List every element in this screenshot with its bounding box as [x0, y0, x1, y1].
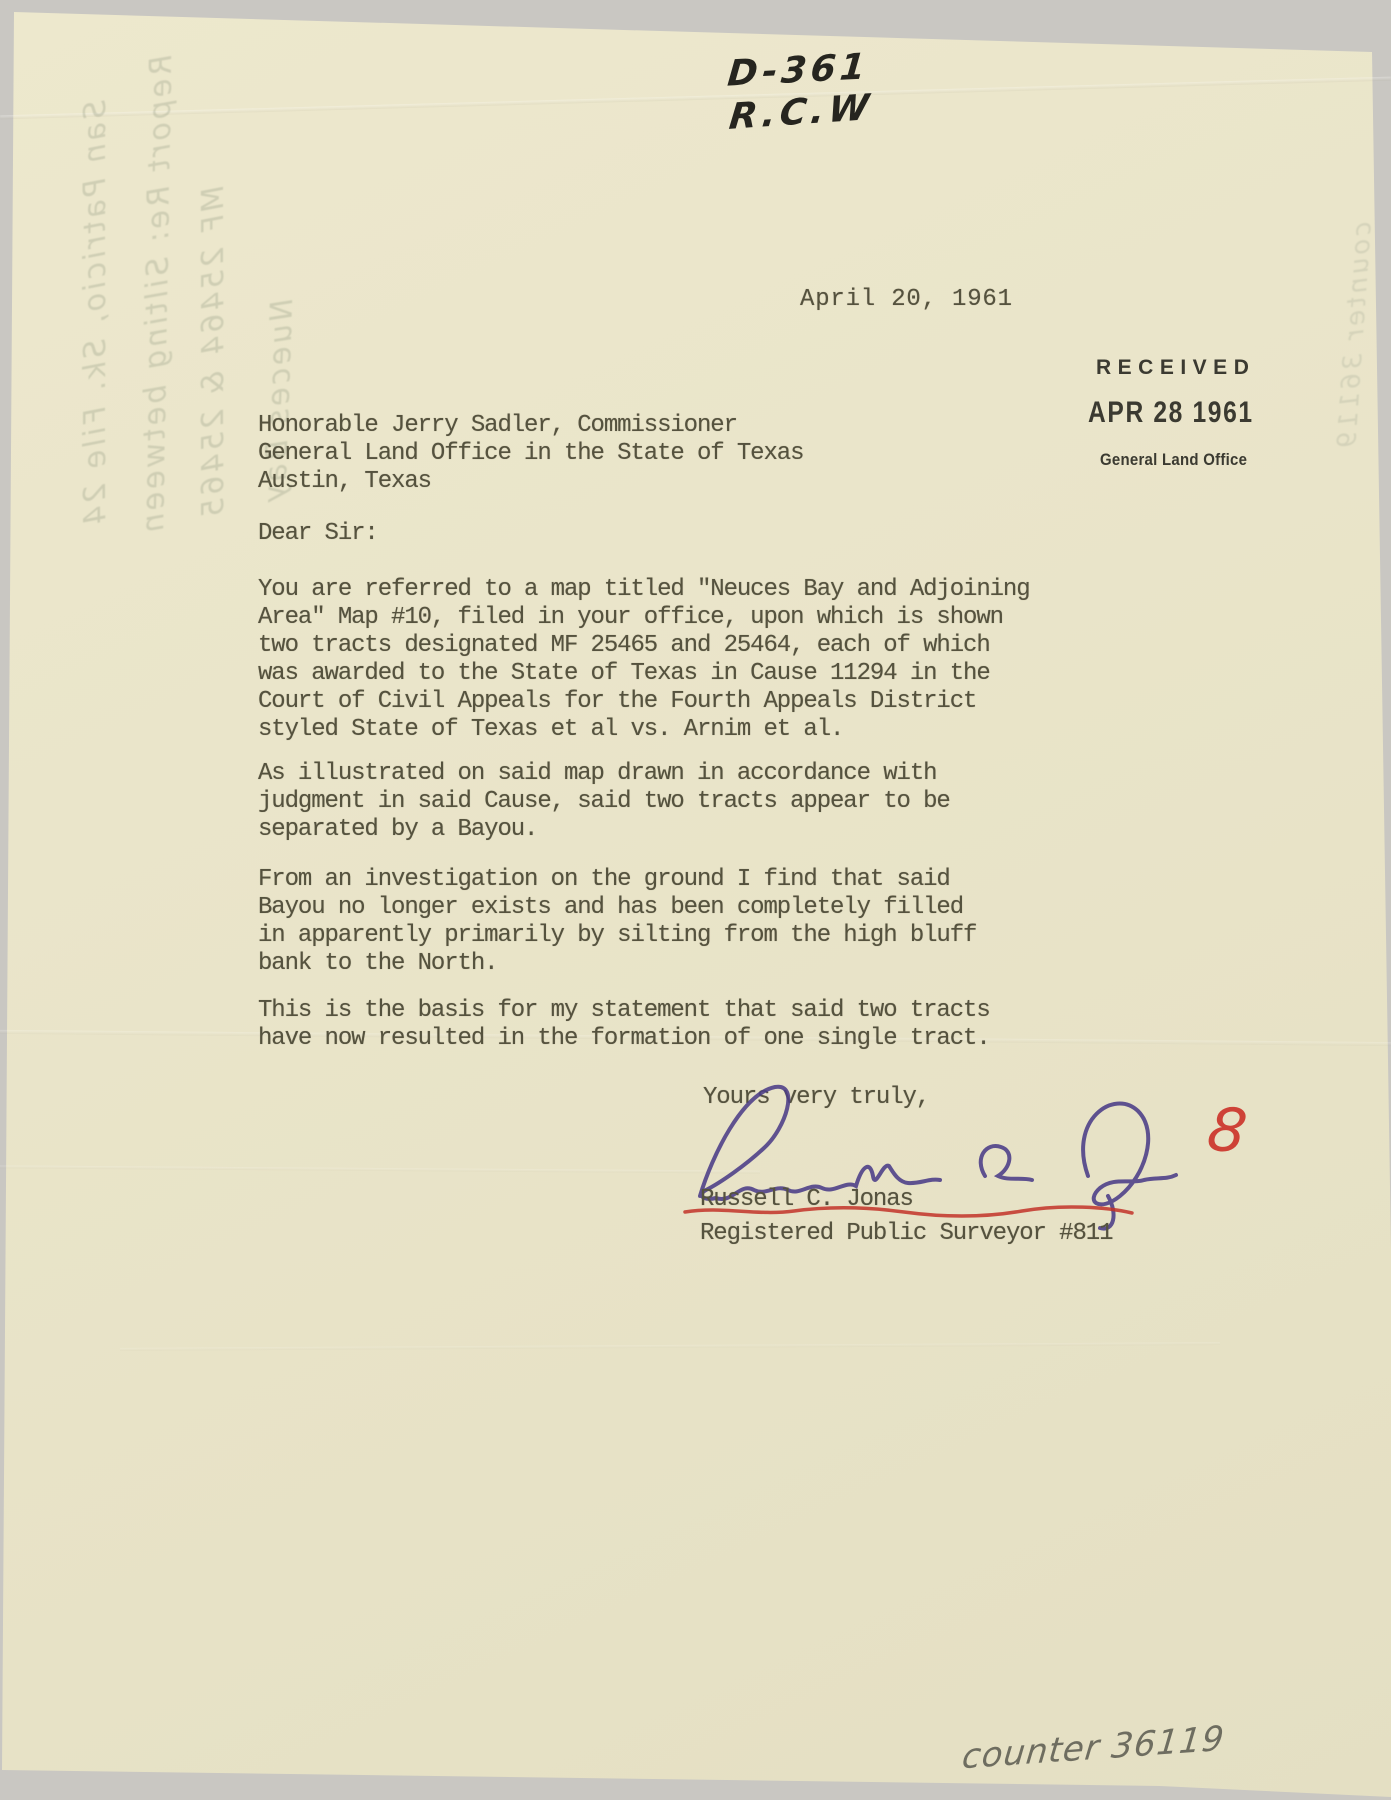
scanned-letter-page: { "handwritten": { "file_number": "D-361… — [0, 0, 1391, 1800]
bleedthrough-text-left: MF 25464 & 25465 — [196, 186, 231, 520]
recipient-address: Honorable Jerry Sadler, Commissioner Gen… — [258, 412, 803, 496]
bleedthrough-line: MF 25464 & 25465 — [196, 186, 231, 520]
body-paragraph-4: This is the basis for my statement that … — [258, 997, 990, 1053]
signer-title: Registered Public Surveyor #811 — [700, 1220, 1112, 1248]
received-stamp-date: APR 28 1961 — [1088, 396, 1254, 430]
typed-signer-name: Russell C. Jonas — [700, 1186, 913, 1214]
letter-date: April 20, 1961 — [800, 286, 1013, 314]
bleedthrough-text-left: San Patricio, Sk. File 24 — [78, 100, 113, 528]
salutation: Dear Sir: — [258, 520, 378, 548]
bleedthrough-line: San Patricio, Sk. File 24 — [78, 100, 113, 528]
received-stamp-office: General Land Office — [1100, 450, 1247, 470]
body-paragraph-2: As illustrated on said map drawn in acco… — [258, 760, 950, 844]
docket-file-number: D-361 — [726, 46, 871, 94]
body-paragraph-3: From an investigation on the ground I fi… — [258, 866, 976, 978]
body-paragraph-1: You are referred to a map titled "Neuces… — [258, 576, 1030, 744]
received-stamp-word: RECEIVED — [1096, 356, 1255, 380]
